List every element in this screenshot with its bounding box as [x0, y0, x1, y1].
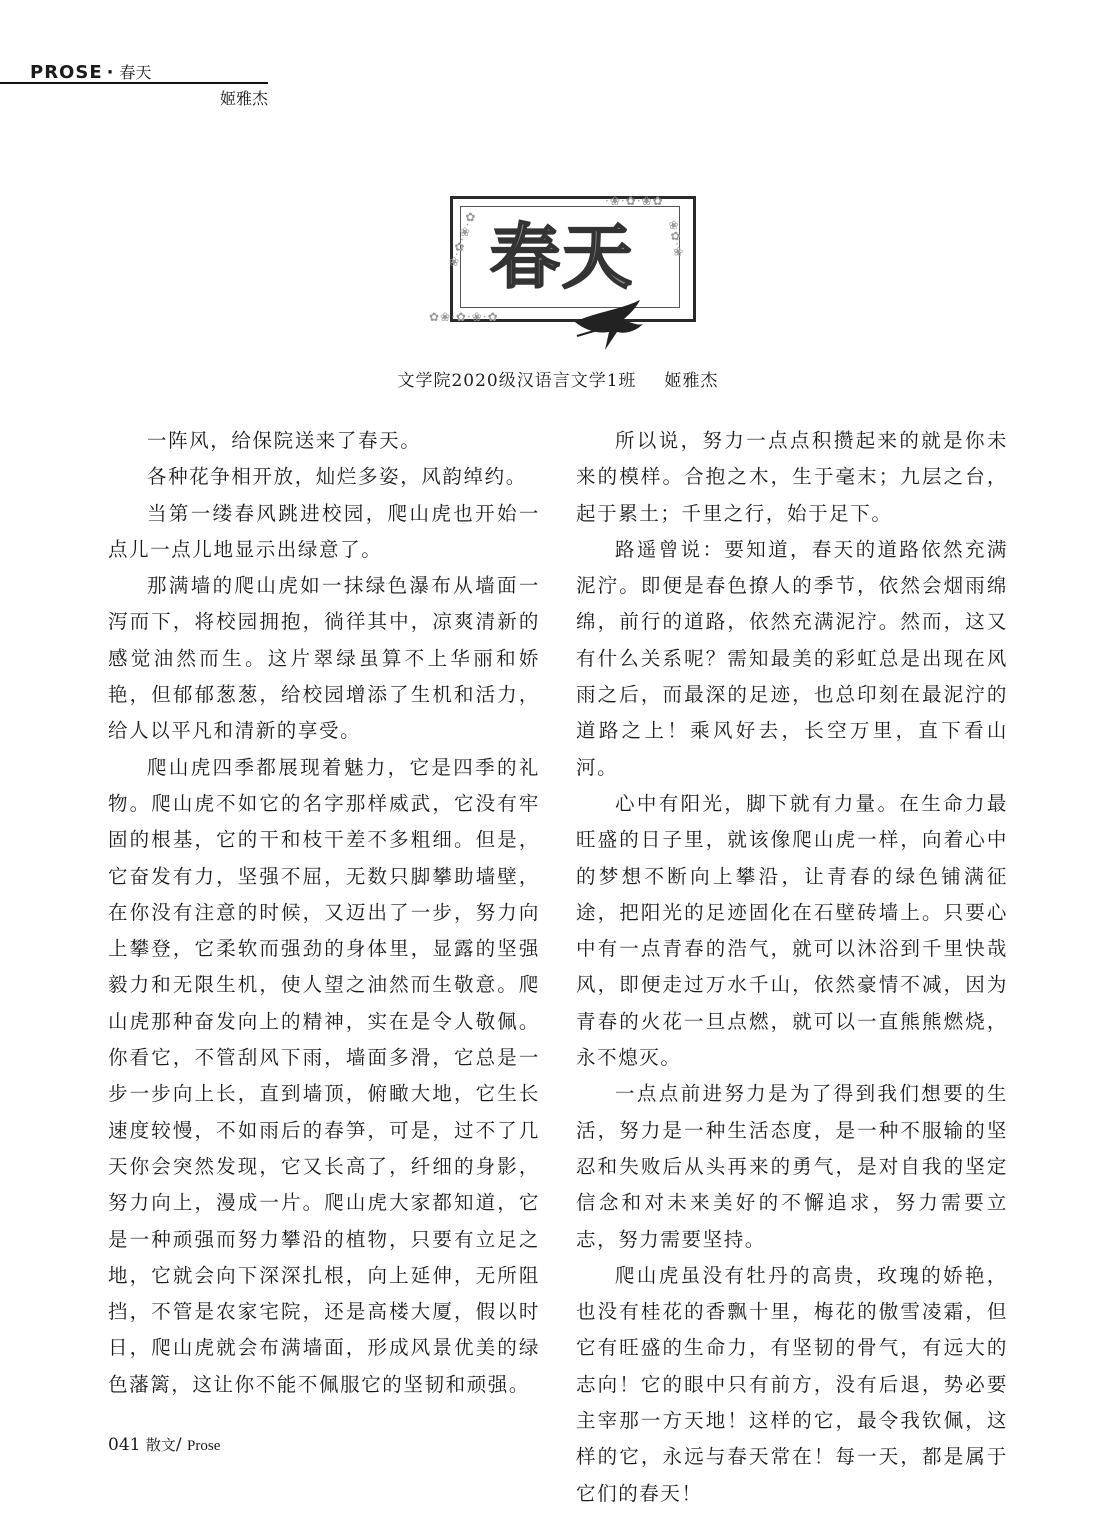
article-column-left: 一阵风，给保院送来了春天。 各种花争相开放，灿烂多姿，风韵绰约。 当第一缕春风跳…: [108, 423, 540, 1403]
flower-vine-icon: ·❀·✿·❀✿: [605, 194, 664, 208]
flower-vine-icon: ✿❀·✿·❀·✿: [429, 310, 499, 324]
header-separator: ·: [107, 62, 114, 83]
article-column-right: 所以说，努力一点点积攒起来的就是你未来的模样。合抱之木，生于毫末；九层之台，起于…: [576, 423, 1008, 1512]
artistic-title: 春天: [490, 212, 634, 302]
paragraph: 一阵风，给保院送来了春天。: [108, 423, 540, 459]
author-affiliation: 文学院2020级汉语言文学1班: [397, 371, 636, 391]
footer-section-cn: 散文: [146, 1436, 176, 1454]
header-line: PROSE·春天: [30, 60, 151, 83]
paragraph: 当第一缕春风跳进校园，爬山虎也开始一点儿一点儿地显示出绿意了。: [108, 496, 540, 569]
footer-section-en: Prose: [187, 1438, 220, 1454]
section-label: PROSE: [30, 62, 103, 83]
title-artwork: ❀·✿·❀·✿ ✿❀·✿·❀·✿ ·❀·✿·❀✿ ❀✿·❀ 春天: [425, 192, 695, 357]
page-number: 041: [108, 1435, 140, 1455]
author-name: 姬雅杰: [665, 371, 719, 391]
paragraph: 心中有阳光，脚下就有力量。在生命力最旺盛的日子里，就该像爬山虎一样，向着心中的梦…: [576, 786, 1008, 1076]
page-footer: 041 散文/ Prose: [108, 1434, 220, 1455]
footer-slash: /: [176, 1435, 182, 1455]
swallow-icon: [565, 292, 655, 352]
paragraph: 爬山虎虽没有牡丹的高贵，玫瑰的娇艳，也没有桂花的香飘十里，梅花的傲雪凌霜，但它有…: [576, 1258, 1008, 1512]
paragraph: 各种花争相开放，灿烂多姿，风韵绰约。: [108, 459, 540, 495]
header-author: 姬雅杰: [220, 86, 268, 109]
paragraph: 路遥曾说：要知道，春天的道路依然充满泥泞。即便是春色撩人的季节，依然会烟雨绵绵，…: [576, 532, 1008, 786]
byline: 文学院2020级汉语言文学1班姬雅杰: [0, 366, 1116, 391]
paragraph: 那满墙的爬山虎如一抹绿色瀑布从墙面一泻而下，将校园拥抱，徜徉其中，凉爽清新的感觉…: [108, 568, 540, 749]
paragraph: 所以说，努力一点点积攒起来的就是你未来的模样。合抱之木，生于毫末；九层之台，起于…: [576, 423, 1008, 532]
header-rule: [0, 82, 268, 84]
paragraph: 一点点前进努力是为了得到我们想要的生活，努力是一种生活态度，是一种不服输的坚忍和…: [576, 1076, 1008, 1257]
paragraph: 爬山虎四季都展现着魅力，它是四季的礼物。爬山虎不如它的名字那样威武，它没有牢固的…: [108, 750, 540, 1403]
header-title: 春天: [119, 63, 151, 82]
